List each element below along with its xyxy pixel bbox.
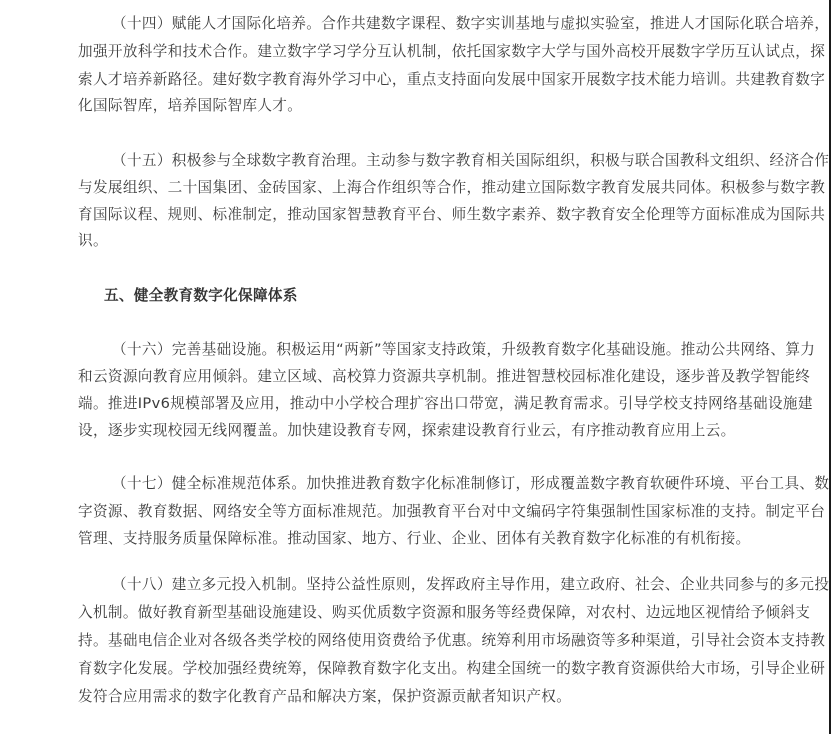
- paragraph-line: 识。: [78, 231, 108, 251]
- paragraph-line: 与发展组织、二十国集团、金砖国家、上海合作组织等合作，推动建立国际数字教育发展共…: [78, 178, 825, 198]
- paragraph-line: 字资源、教育数据、网络安全等方面标准规范。加强教育平台对中文编码字符集强制性国家…: [78, 502, 825, 522]
- paragraph-line: 入机制。做好教育新型基础设施建设、购买优质数字资源和服务等经费保障，对农村、边远…: [78, 603, 810, 623]
- paragraph-line: 端。推进IPv6规模部署及应用，推动中小学校合理扩容出口带宽，满足教育需求。引导…: [78, 394, 813, 414]
- paragraph-line: 育数字化发展。学校加强经费统筹，保障教育数字化支出。构建全国统一的数字教育资源供…: [78, 659, 825, 679]
- document-page: （十四）赋能人才国际化培养。合作共建数字课程、数字实训基地与虚拟实验室，推进人才…: [0, 0, 829, 734]
- paragraph-line: 持。基础电信企业对各级各类学校的网络使用资费给予优惠。统筹利用市场融资等多种渠道…: [78, 631, 825, 651]
- paragraph-line: 设，逐步实现校园无线网覆盖。加快建设教育专网，探索建设教育行业云，有序推动教育应…: [78, 421, 736, 441]
- paragraph-line: 化国际智库，培养国际智库人才。: [78, 96, 302, 116]
- paragraph-line: （十七）健全标准规范体系。加快推进教育数字化标准制修订，形成覆盖数字教育软硬件环…: [112, 474, 829, 494]
- section-heading: 五、健全教育数字化保障体系: [104, 286, 298, 306]
- paragraph-line: 和云资源向教育应用倾斜。建立区域、高校算力资源共享机制。推进智慧校园标准化建设，…: [78, 367, 810, 387]
- paragraph-line: 加强开放科学和技术合作。建立数字学习学分互认机制，依托国家数字大学与国外高校开展…: [78, 42, 825, 62]
- paragraph-line: （十四）赋能人才国际化培养。合作共建数字课程、数字实训基地与虚拟实验室，推进人才…: [112, 14, 829, 34]
- paragraph-line: （十六）完善基础设施。积极运用“两新”等国家支持政策，升级教育数字化基础设施。推…: [112, 340, 815, 360]
- paragraph-line: 索人才培养新路径。建好数字教育海外学习中心，重点支持面向发展中国家开展数字技术能…: [78, 70, 825, 90]
- paragraph-line: 育国际议程、规则、标准制定，推动国家智慧教育平台、师生数字素养、数字教育安全伦理…: [78, 205, 825, 225]
- paragraph-line: （十八）建立多元投入机制。坚持公益性原则，发挥政府主导作用，建立政府、社会、企业…: [112, 575, 829, 595]
- paragraph-line: （十五）积极参与全球数字教育治理。主动参与数字教育相关国际组织，积极与联合国教科…: [112, 151, 829, 171]
- paragraph-line: 发符合应用需求的数字化教育产品和解决方案，保护资源贡献者知识产权。: [78, 687, 571, 707]
- paragraph-line: 管理、支持服务质量保障标准。推动国家、地方、行业、企业、团体有关教育数字化标准的…: [78, 529, 750, 549]
